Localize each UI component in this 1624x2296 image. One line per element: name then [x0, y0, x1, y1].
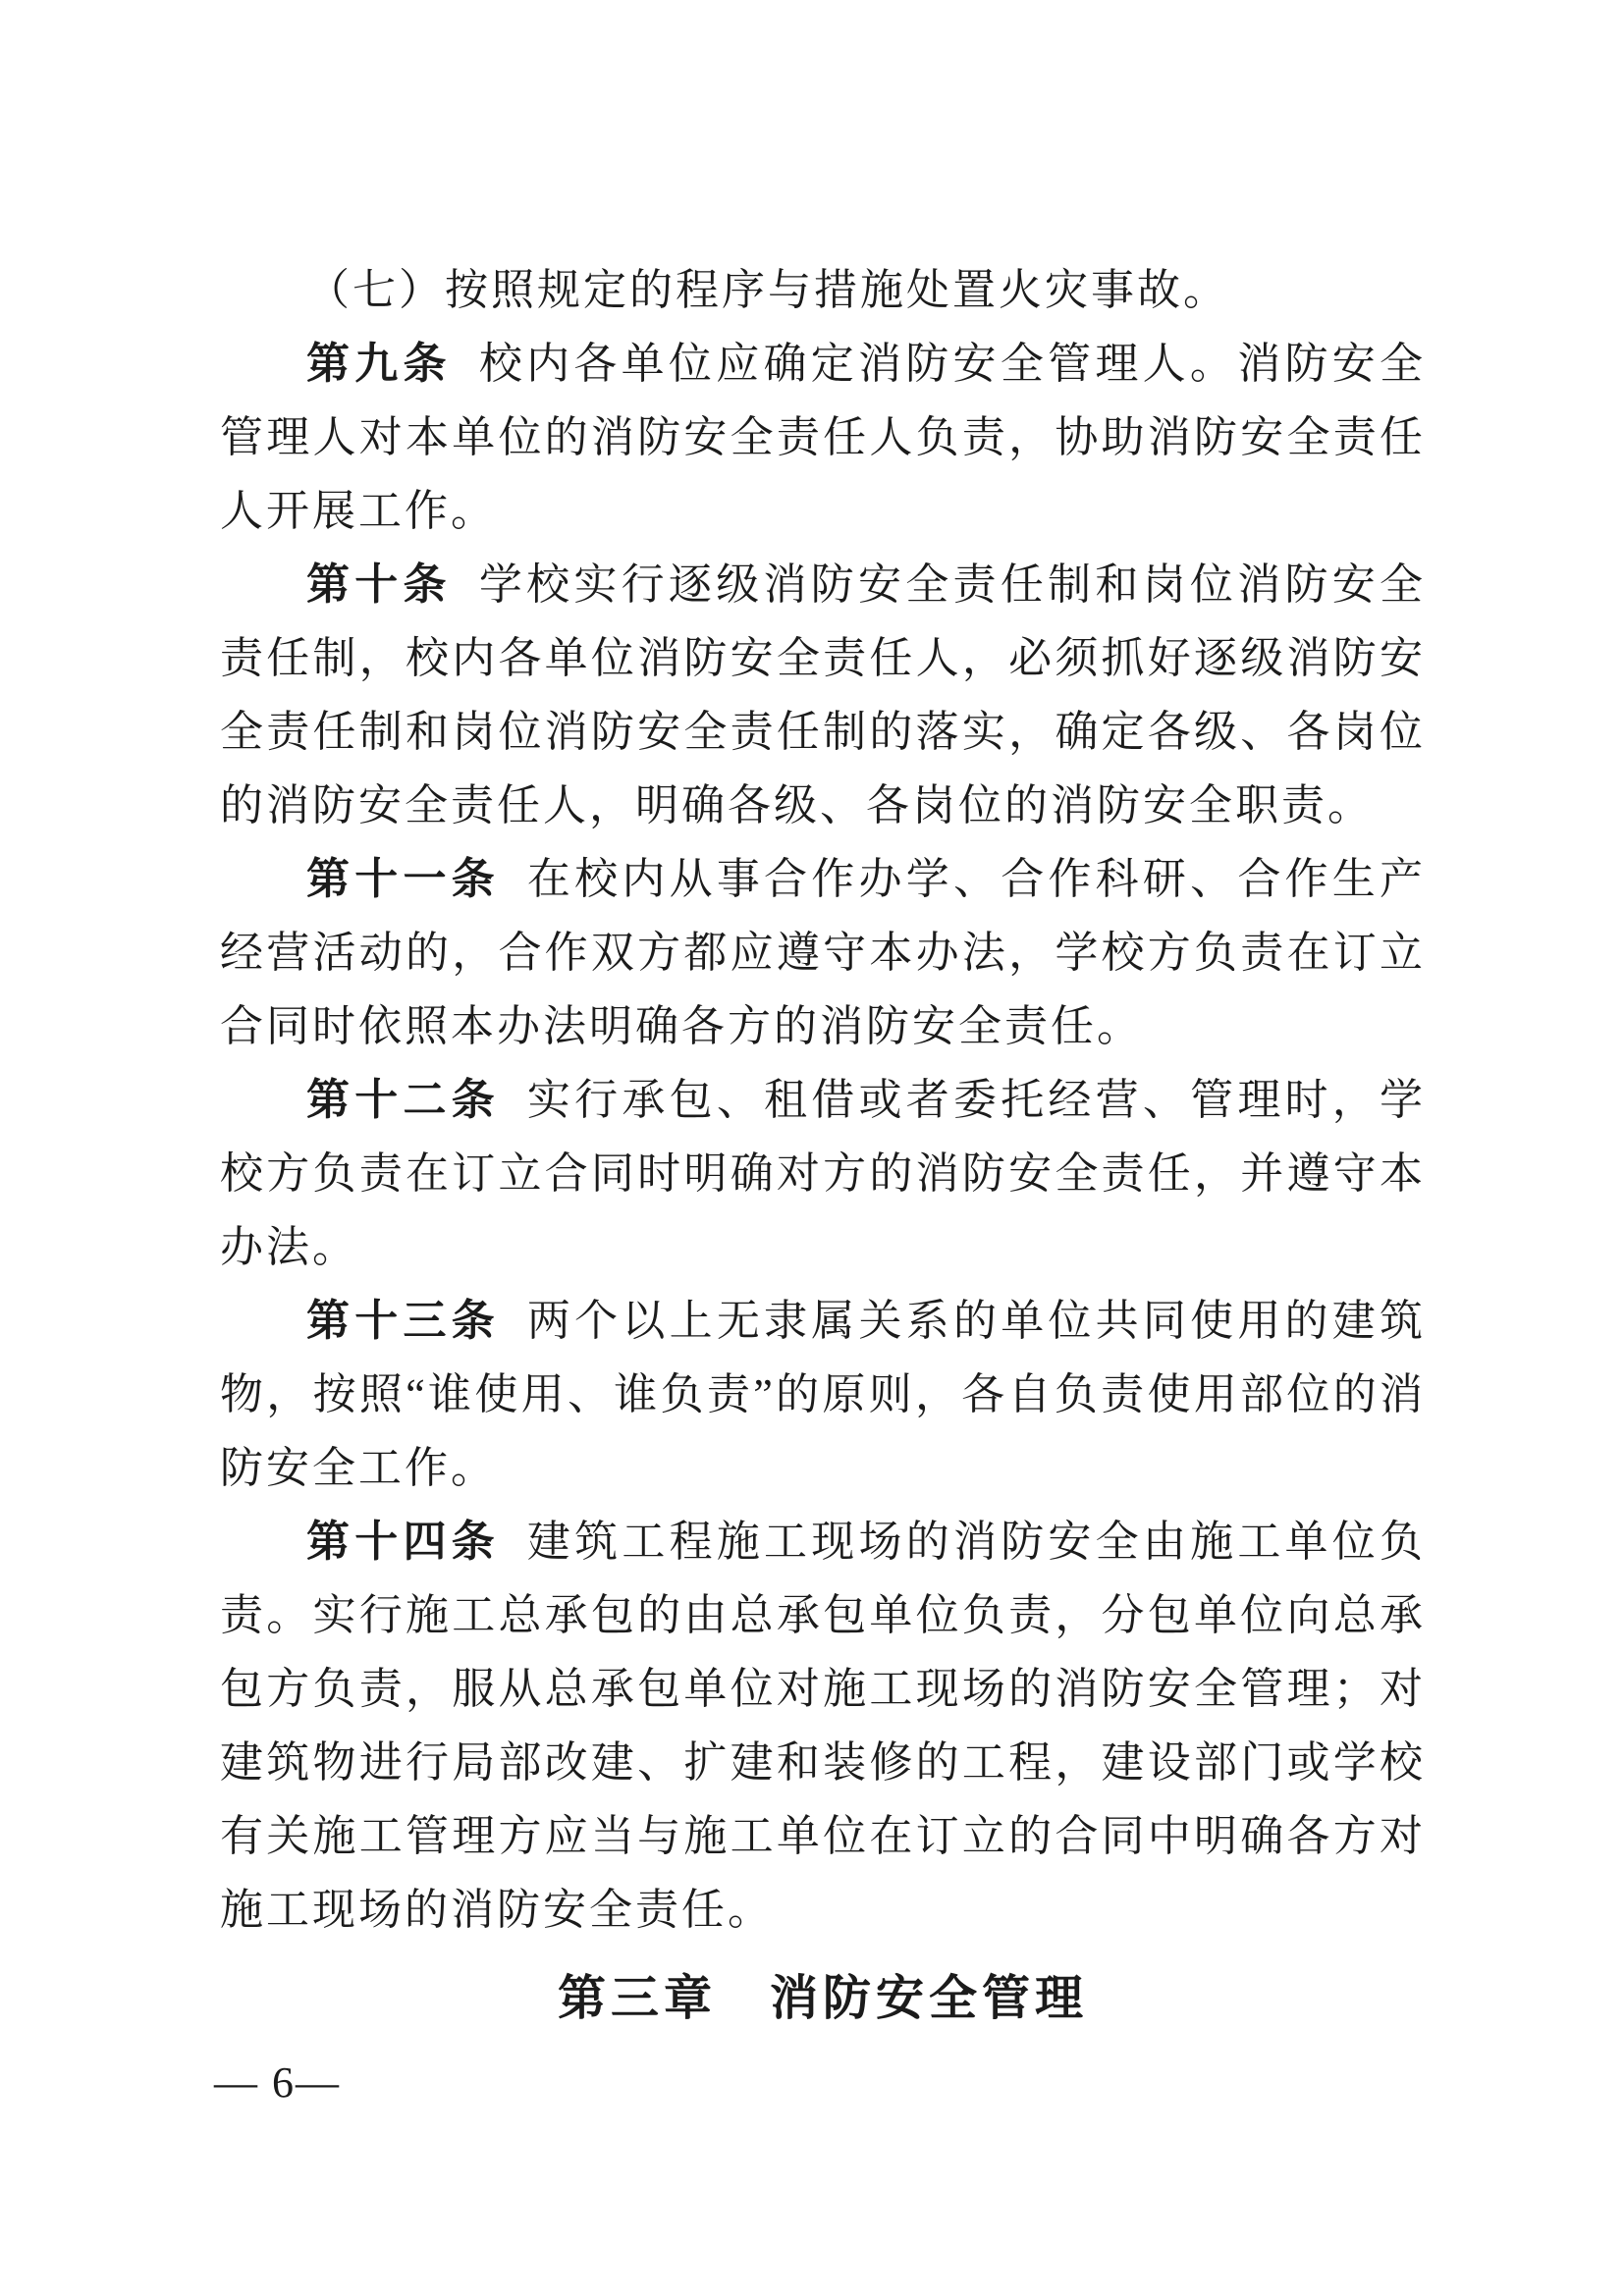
article-number: 第十一条: [306, 855, 500, 903]
document-page: （七）按照规定的程序与措施处置火灾事故。第九条校内各单位应确定消防安全管理人。消…: [0, 0, 1624, 2296]
paragraph: 第十四条建筑工程施工现场的消防安全由施工单位负责。实行施工总承包的由总承包单位负…: [220, 1505, 1426, 1947]
page-number: — 6—: [214, 2057, 341, 2109]
paragraph: 第九条校内各单位应确定消防安全管理人。消防安全管理人对本单位的消防安全责任人负责…: [220, 327, 1426, 548]
article-number: 第十条: [306, 561, 452, 609]
paragraph: 第十二条实行承包、租借或者委托经营、管理时，学校方负责在订立合同时明确对方的消防…: [220, 1063, 1426, 1284]
paragraph: （七）按照规定的程序与措施处置火灾事故。: [220, 253, 1426, 327]
article-number: 第九条: [306, 340, 452, 388]
article-number: 第十三条: [306, 1297, 500, 1345]
paragraph: 第十一条在校内从事合作办学、合作科研、合作生产经营活动的，合作双方都应遵守本办法…: [220, 842, 1426, 1063]
paragraph: 第十三条两个以上无隶属关系的单位共同使用的建筑物，按照“谁使用、谁负责”的原则，…: [220, 1284, 1426, 1505]
paragraph-text: 建筑工程施工现场的消防安全由施工单位负责。实行施工总承包的由总承包单位负责，分包…: [220, 1518, 1426, 1934]
article-number: 第十二条: [306, 1076, 500, 1124]
article-number: 第十四条: [306, 1518, 500, 1566]
paragraph: 第十条学校实行逐级消防安全责任制和岗位消防安全责任制，校内各单位消防安全责任人，…: [220, 548, 1426, 842]
document-body: （七）按照规定的程序与措施处置火灾事故。第九条校内各单位应确定消防安全管理人。消…: [220, 253, 1426, 2037]
chapter-heading: 第三章 消防安全管理: [220, 1960, 1426, 2037]
paragraph-text: （七）按照规定的程序与措施处置火灾事故。: [306, 266, 1229, 314]
